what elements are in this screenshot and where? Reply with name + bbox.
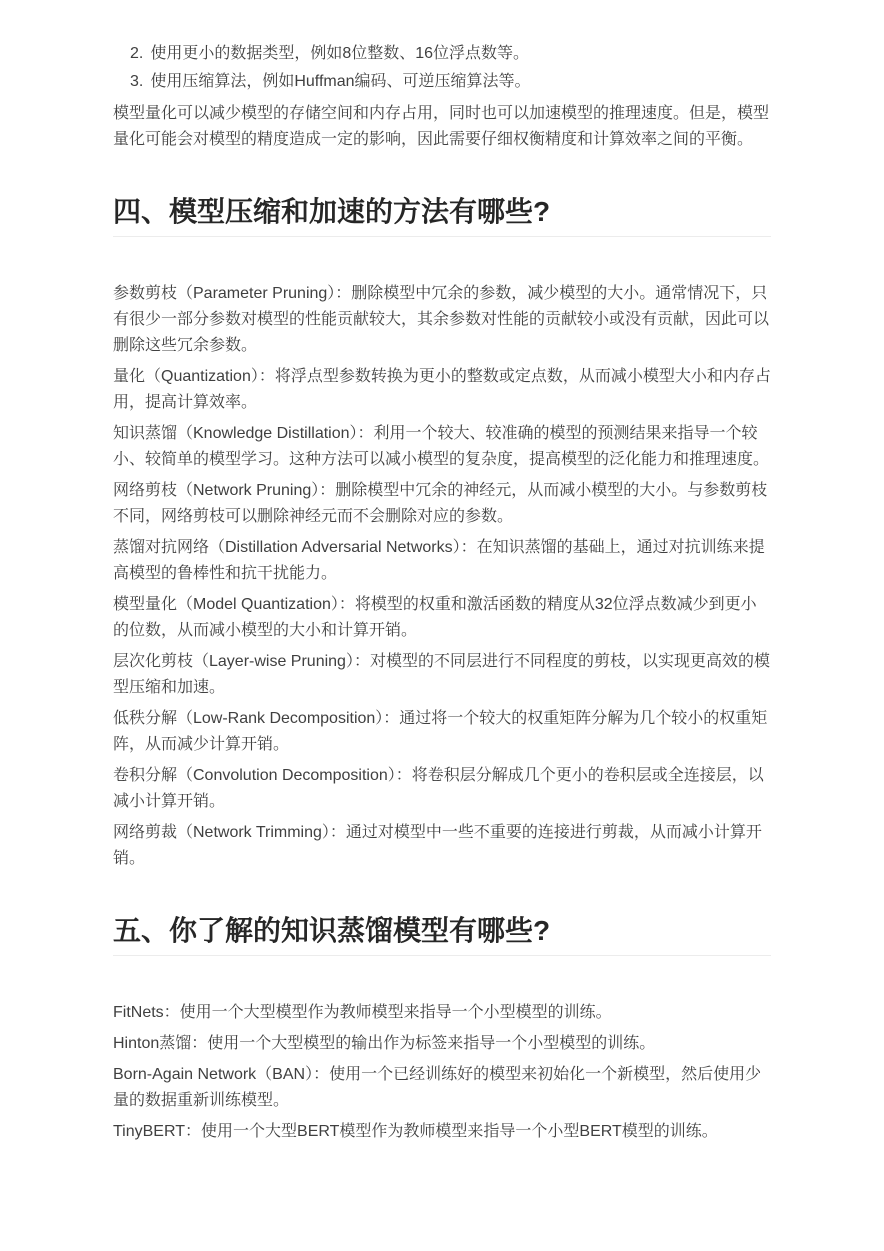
paragraph-quantization: 量化（Quantization）：将浮点型参数转换为更小的整数或定点数，从而减小… bbox=[113, 364, 771, 416]
paragraph-fitnets: FitNets：使用一个大型模型作为教师模型来指导一个小型模型的训练。 bbox=[113, 1000, 771, 1026]
section-heading-4: 四、模型压缩和加速的方法有哪些? bbox=[113, 195, 771, 237]
paragraph-network-pruning: 网络剪枝（Network Pruning）：删除模型中冗余的神经元，从而减小模型… bbox=[113, 478, 771, 530]
list-item-text: 使用压缩算法，例如Huffman编码、可逆压缩算法等。 bbox=[150, 68, 530, 96]
intro-summary-paragraph: 模型量化可以减少模型的存储空间和内存占用，同时也可以加速模型的推理速度。但是，模… bbox=[113, 101, 771, 153]
list-item-text: 使用更小的数据类型，例如8位整数、16位浮点数等。 bbox=[150, 40, 529, 68]
paragraph-model-quantization: 模型量化（Model Quantization）：将模型的权重和激活函数的精度从… bbox=[113, 592, 771, 644]
paragraph-parameter-pruning: 参数剪枝（Parameter Pruning）：删除模型中冗余的参数，减少模型的… bbox=[113, 281, 771, 359]
paragraph-knowledge-distillation: 知识蒸馏（Knowledge Distillation）：利用一个较大、较准确的… bbox=[113, 421, 771, 473]
paragraph-tinybert: TinyBERT：使用一个大型BERT模型作为教师模型来指导一个小型BERT模型… bbox=[113, 1119, 771, 1145]
section-heading-5: 五、你了解的知识蒸馏模型有哪些? bbox=[113, 914, 771, 956]
list-item-number: 2. bbox=[130, 40, 143, 68]
list-item-number: 3. bbox=[130, 68, 143, 96]
paragraph-born-again-network: Born-Again Network（BAN）：使用一个已经训练好的模型来初始化… bbox=[113, 1062, 771, 1114]
paragraph-hinton-distillation: Hinton蒸馏：使用一个大型模型的输出作为标签来指导一个小型模型的训练。 bbox=[113, 1031, 771, 1057]
paragraph-low-rank-decomposition: 低秩分解（Low-Rank Decomposition）：通过将一个较大的权重矩… bbox=[113, 706, 771, 758]
intro-list: 2. 使用更小的数据类型，例如8位整数、16位浮点数等。 3. 使用压缩算法，例… bbox=[130, 40, 771, 96]
paragraph-distillation-adversarial-networks: 蒸馏对抗网络（Distillation Adversarial Networks… bbox=[113, 535, 771, 587]
list-item: 3. 使用压缩算法，例如Huffman编码、可逆压缩算法等。 bbox=[130, 68, 771, 96]
paragraph-layer-wise-pruning: 层次化剪枝（Layer-wise Pruning）：对模型的不同层进行不同程度的… bbox=[113, 649, 771, 701]
document-page: 2. 使用更小的数据类型，例如8位整数、16位浮点数等。 3. 使用压缩算法，例… bbox=[0, 0, 884, 1145]
paragraph-convolution-decomposition: 卷积分解（Convolution Decomposition）：将卷积层分解成几… bbox=[113, 763, 771, 815]
paragraph-network-trimming: 网络剪裁（Network Trimming）：通过对模型中一些不重要的连接进行剪… bbox=[113, 820, 771, 872]
list-item: 2. 使用更小的数据类型，例如8位整数、16位浮点数等。 bbox=[130, 40, 771, 68]
